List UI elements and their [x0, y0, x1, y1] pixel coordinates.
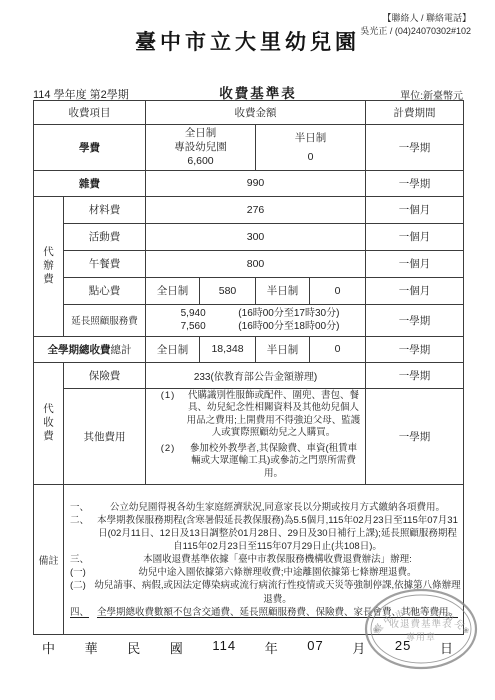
snack-halfday-amount: 0	[310, 277, 366, 304]
fee-table: 收費項目 收費金額 計費期間 學費 全日制 專設幼兒園 6,600 半日制 0 …	[33, 100, 464, 635]
activity-fee-amount: 300	[146, 223, 366, 250]
extended-care-amount-cell: 5,940 (16時00分至17時30分) 7,560 (16時00分至18時0…	[146, 304, 366, 336]
document-title: 收費基準表	[163, 82, 353, 102]
stamp-flower-left-icon: ❀	[373, 626, 380, 635]
tuition-fullday-amount: 6,600	[148, 154, 253, 168]
material-fee-amount: 276	[146, 196, 366, 223]
extended-care-label: 延長照顧服務費	[64, 304, 146, 336]
roc-date-row: 中 華 民 國 114 年 07 月 25 日	[42, 638, 454, 657]
note-item-2-text: 本學期教保服務期程(含寒暑假延長教保服務)為5.5個月,115年02月23日至1…	[94, 514, 461, 553]
activity-fee-period: 一個月	[366, 223, 464, 250]
snack-fullday-amount: 580	[200, 277, 256, 304]
extended-care-line2: 7,560 (16時00分至18時00分)	[148, 320, 363, 334]
collect-fee-group-label: 代收費	[41, 403, 56, 444]
contact-label: 【聯絡人 / 聯絡電話】	[360, 12, 471, 25]
other-fee-item-2: (2) 參加校外教學者,其保險費、車資(租賃車輛或大眾運輸工具)或參訪之門票所需…	[148, 443, 363, 481]
material-fee-label: 材料費	[64, 196, 146, 223]
tuition-fullday-cell: 全日制 專設幼兒園 6,600	[146, 125, 256, 171]
extended-care-line1: 5,940 (16時00分至17時30分)	[148, 307, 363, 321]
semester-total-label-rest: 總計	[111, 344, 132, 356]
semester-total-period: 一學期	[366, 336, 464, 362]
lunch-fee-row: 午餐費 800 一個月	[34, 250, 464, 277]
tuition-fullday-type: 全日制	[148, 126, 253, 140]
other-fee-row: 其他費用 (1) 代購識別性服飾或配件、圍兜、書包、餐具、幼兒紀念性相關資料及其…	[34, 388, 464, 485]
extended-care-row: 延長照顧服務費 5,940 (16時00分至17時30分) 7,560 (16時…	[34, 304, 464, 336]
date-month: 07	[307, 638, 323, 657]
date-char: 國	[170, 638, 184, 657]
other-fee-item-2-text: 參加校外教學者,其保險費、車資(租賃車輛或大眾運輸工具)或參訪之門票所需費用。	[178, 443, 363, 481]
date-char: 民	[127, 638, 141, 657]
date-year: 114	[212, 638, 236, 657]
other-fee-item-2-no: (2)	[148, 443, 178, 481]
other-fee-item-1: (1) 代購識別性服飾或配件、圍兜、書包、餐具、幼兒紀念性相關資料及其他幼兒個人…	[148, 390, 363, 440]
date-char: 日	[440, 638, 454, 657]
lunch-fee-period: 一個月	[366, 250, 464, 277]
snack-fee-period: 一個月	[366, 277, 464, 304]
date-char: 中	[42, 638, 56, 657]
stamp-center-line1: 收退費基準表	[389, 618, 452, 630]
semester-total-halfday-type: 半日制	[256, 336, 310, 362]
other-fee-detail-cell: (1) 代購識別性服飾或配件、圍兜、書包、餐具、幼兒紀念性相關資料及其他幼兒個人…	[146, 388, 366, 485]
semester-total-row: 全學期總收費總計 全日制 18,348 半日制 0 一學期	[34, 336, 464, 362]
note-item-3-1-text: 幼兒中途入園依據第六條辦理收費;中途離園依據第七條辦理退費。	[94, 566, 461, 579]
misc-fee-period: 一學期	[366, 170, 464, 196]
contact-block: 【聯絡人 / 聯絡電話】 吳光正 / (04)24070302#102	[360, 12, 471, 38]
lunch-fee-label: 午餐費	[64, 250, 146, 277]
other-fee-label: 其他費用	[64, 388, 146, 485]
agency-fee-group-label: 代辦費	[41, 246, 56, 287]
col-header-period: 計費期間	[366, 101, 464, 125]
tuition-halfday-cell: 半日制 0	[256, 125, 366, 171]
insurance-fee-label: 保險費	[64, 362, 146, 388]
insurance-fee-row: 代收費 保險費 233(依教育部公告金額辦理) 一學期	[34, 362, 464, 388]
other-fee-period: 一學期	[366, 388, 464, 485]
note-item-1: 一、 公立幼兒園得視各幼生家庭經濟狀況,同意家長以分期或按月方式繳納各項費用。	[66, 501, 461, 514]
note-item-3: 三、 本園收退費基準依據「臺中市教保服務機構收費退費辦法」辦理:	[66, 553, 461, 566]
tuition-halfday-type: 半日制	[258, 131, 363, 145]
note-item-3-2-no: (二)	[66, 579, 94, 605]
note-item-1-text: 公立幼兒園得視各幼生家庭經濟狀況,同意家長以分期或按月方式繳納各項費用。	[94, 501, 461, 514]
agency-fee-group-cell: 代辦費	[34, 196, 64, 336]
date-char: 華	[85, 638, 99, 657]
insurance-fee-amount: 233(依教育部公告金額辦理)	[146, 362, 366, 388]
extended-care-amount-2: 7,560	[148, 320, 238, 334]
note-item-1-no: 一、	[66, 501, 94, 514]
activity-fee-row: 活動費 300 一個月	[34, 223, 464, 250]
material-fee-period: 一個月	[366, 196, 464, 223]
tuition-row: 學費 全日制 專設幼兒園 6,600 半日制 0 一學期	[34, 125, 464, 171]
note-item-3-1-no: (一)	[66, 566, 94, 579]
date-char: 年	[265, 638, 279, 657]
tuition-halfday-amount: 0	[258, 150, 363, 164]
note-item-3-text: 本園收退費基準依據「臺中市教保服務機構收費退費辦法」辦理:	[94, 553, 461, 566]
extended-care-time-1: (16時00分至17時30分)	[238, 307, 363, 321]
other-fee-item-1-text: 代購識別性服飾或配件、圍兜、書包、餐具、幼兒紀念性相關資料及其他幼兒個人用品之費…	[178, 390, 363, 440]
insurance-fee-period: 一學期	[366, 362, 464, 388]
note-item-2-no: 二、	[66, 514, 94, 553]
activity-fee-label: 活動費	[64, 223, 146, 250]
semester-total-fullday-type: 全日制	[146, 336, 200, 362]
contact-value: 吳光正 / (04)24070302#102	[360, 25, 471, 38]
other-fee-item-1-no: (1)	[148, 390, 178, 440]
notes-label: 備註	[34, 485, 64, 635]
material-fee-row: 代辦費 材料費 276 一個月	[34, 196, 464, 223]
tuition-label: 學費	[34, 125, 146, 171]
fee-schedule-document: 臺中市立大里幼兒園 【聯絡人 / 聯絡電話】 吳光正 / (04)2407030…	[0, 0, 495, 700]
note-item-2: 二、 本學期教保服務期程(含寒暑假延長教保服務)為5.5個月,115年02月23…	[66, 514, 461, 553]
col-header-amount: 收費金額	[146, 101, 366, 125]
snack-fee-row: 點心費 全日制 580 半日制 0 一個月	[34, 277, 464, 304]
note-item-3-1: (一) 幼兒中途入園依據第六條辦理收費;中途離園依據第七條辦理退費。	[66, 566, 461, 579]
collect-fee-group-cell: 代收費	[34, 362, 64, 485]
extended-care-time-2: (16時00分至18時00分)	[238, 320, 363, 334]
table-header-row: 收費項目 收費金額 計費期間	[34, 101, 464, 125]
date-char: 月	[352, 638, 366, 657]
semester-total-fullday-amount: 18,348	[200, 336, 256, 362]
official-seal-stamp: 臺中市立大里幼兒園 ❀ ❀ 收退費基準表 專用章	[362, 585, 480, 673]
semester-total-label: 全學期總收費總計	[34, 336, 146, 362]
semester-total-label-bold: 全學期總收費	[48, 344, 111, 356]
stamp-flower-right-icon: ❀	[463, 626, 470, 635]
note-item-3-no: 三、	[66, 553, 94, 566]
snack-fullday-type: 全日制	[146, 277, 200, 304]
misc-fee-amount: 990	[146, 170, 366, 196]
subtitle-row: 114 學年度 第2學期 收費基準表 單位:新臺幣元	[33, 82, 463, 102]
misc-fee-label: 雜費	[34, 170, 146, 196]
date-day: 25	[395, 638, 411, 657]
tuition-fullday-kind: 專設幼兒園	[148, 140, 253, 154]
snack-halfday-type: 半日制	[256, 277, 310, 304]
semester-total-halfday-amount: 0	[310, 336, 366, 362]
tuition-period: 一學期	[366, 125, 464, 171]
extended-care-amount-1: 5,940	[148, 307, 238, 321]
misc-fee-row: 雜費 990 一學期	[34, 170, 464, 196]
lunch-fee-amount: 800	[146, 250, 366, 277]
extended-care-period: 一學期	[366, 304, 464, 336]
note-item-4-no: 四、	[66, 606, 94, 619]
snack-fee-label: 點心費	[64, 277, 146, 304]
col-header-item: 收費項目	[34, 101, 146, 125]
